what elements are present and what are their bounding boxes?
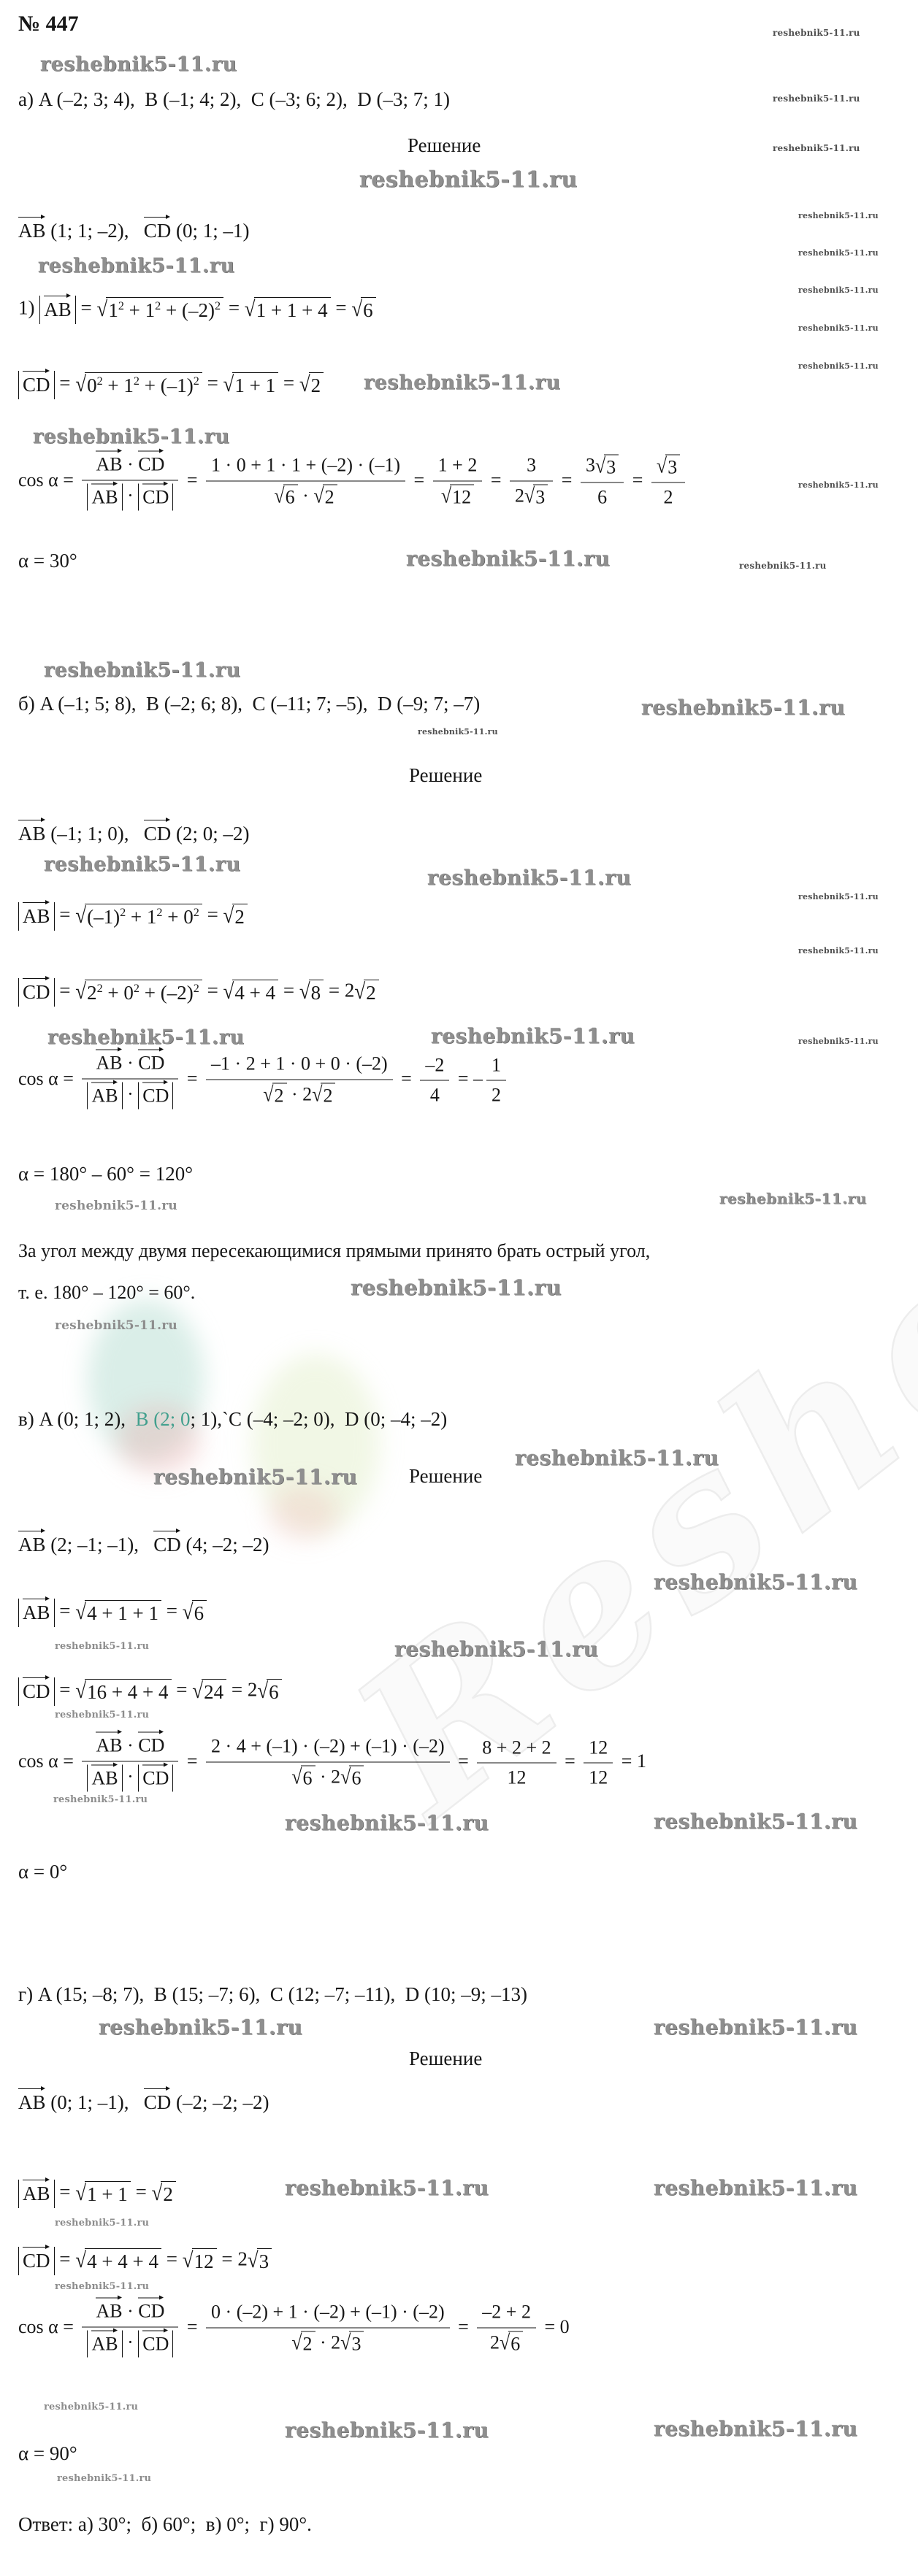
sqrt-expression: √22 + 02 + (–2)2	[75, 980, 202, 1006]
watermark-bold: reshebnik5-11.ru	[153, 1464, 357, 1490]
radical-sign: √	[291, 1764, 302, 1791]
length-ab-b: AB = √(–1)2 + 12 + 02 = √2	[18, 902, 248, 931]
math-text: 0 · (–2) + 1 · (–2) + (–1) · (–2)	[211, 2302, 445, 2323]
fraction: –24	[420, 1053, 449, 1107]
sqrt-expression: √12	[183, 2248, 217, 2275]
math-text: ·	[123, 485, 139, 506]
radicand: 12	[192, 2248, 217, 2275]
watermark-bold: reshebnik5-11.ru	[641, 695, 845, 720]
math-text: = 2	[226, 1679, 257, 1701]
math-text: 1 + 1 + 4	[256, 299, 328, 321]
vector-label: CD	[23, 977, 50, 1002]
math-text: (2; –1; –1),	[46, 1534, 154, 1556]
fraction: AB · CDAB · CD	[82, 2300, 178, 2358]
fraction-denominator: √2 · 2√2	[206, 1079, 393, 1108]
radical-sign: √	[75, 901, 86, 929]
watermark-small: reshebnik5-11.ru	[773, 28, 860, 39]
math-text: 2	[275, 1085, 284, 1107]
math-text: (1; 1; –2),	[46, 220, 144, 242]
length-cd-g: CD = √4 + 4 + 4 = √12 = 2√3	[18, 2247, 272, 2275]
absolute-value: AB	[87, 483, 122, 511]
watermark-bold: reshebnik5-11.ru	[427, 865, 631, 891]
fraction-denominator: 2	[651, 482, 685, 510]
radical-sign: √	[192, 1677, 203, 1704]
fraction-numerator: 1 · 0 + 1 · 1 + (–2) · (–1)	[206, 454, 405, 481]
vector-label: CD	[142, 2329, 169, 2353]
absolute-value: AB	[18, 902, 55, 931]
radical-sign: √	[97, 295, 108, 323]
fraction-denominator: √2 · 2√3	[206, 2327, 450, 2356]
radical-sign: √	[354, 977, 365, 1005]
math-text: + (–2)	[139, 982, 194, 1004]
radicand: 16 + 4 + 4	[85, 1679, 171, 1705]
sqrt-expression: √6	[183, 1600, 207, 1626]
sqrt-expression: √2	[354, 980, 378, 1006]
radical-sign: √	[223, 901, 234, 929]
math-text: =	[202, 904, 223, 926]
radicand: 2	[323, 485, 337, 510]
math-text: 12	[507, 1767, 526, 1788]
absolute-value: CD	[138, 483, 173, 511]
absolute-value: CD	[18, 1677, 55, 1706]
vectors-a: AB (1; 1; –2), CD (0; 1; –1)	[18, 219, 250, 244]
math-text: 3	[535, 487, 545, 508]
fraction: –2 + 22√6	[477, 2301, 536, 2357]
math-text: 3	[586, 455, 595, 476]
absolute-value: CD	[18, 371, 55, 399]
vector-label: AB	[91, 2329, 118, 2353]
math-text: cos α =	[18, 469, 78, 491]
math-text: ·	[123, 1083, 139, 1104]
math-text: =	[278, 980, 299, 1001]
watermark-bold: reshebnik5-11.ru	[654, 2175, 857, 2201]
fraction-numerator: –1 · 2 + 1 · 0 + 0 · (–2)	[206, 1053, 393, 1080]
vector-label: CD	[144, 2088, 172, 2112]
cos-alpha-b: cos α = AB · CDAB · CD = –1 · 2 + 1 · 0 …	[18, 1052, 510, 1110]
watermark-small: reshebnik5-11.ru	[798, 285, 879, 296]
radical-sign: √	[351, 295, 362, 323]
math-text: cos α =	[18, 1750, 78, 1772]
fraction-numerator: –2 + 2	[477, 2301, 536, 2328]
math-text: 12	[589, 1767, 608, 1788]
math-text: 2	[303, 2334, 313, 2355]
fraction: –1 · 2 + 1 · 0 + 0 · (–2)√2 · 2√2	[206, 1053, 393, 1109]
math-text: 1 + 2	[438, 455, 478, 476]
vector-label: AB	[44, 295, 72, 320]
sqrt-expression: √2	[152, 2181, 176, 2207]
math-text: 2	[325, 487, 334, 508]
math-text: ·	[123, 2331, 139, 2353]
math-text: =	[55, 372, 76, 394]
radicand: 12	[450, 485, 474, 510]
math-text: =	[202, 980, 223, 1001]
vector-label: CD	[153, 1530, 181, 1555]
superscript: 2	[194, 906, 199, 919]
watermark-small-bold: reshebnik5-11.ru	[55, 1318, 177, 1334]
radical-sign: √	[248, 2246, 259, 2274]
sqrt-expression: √3	[657, 454, 680, 480]
math-text: 4	[430, 1085, 440, 1106]
radicand: 24	[202, 1679, 226, 1705]
watermark-bold: reshebnik5-11.ru	[44, 658, 241, 683]
vector-label: AB	[91, 1764, 118, 1788]
fraction-numerator: AB · CD	[82, 1052, 178, 1079]
math-text: (0; 1; –1)	[171, 220, 249, 242]
math-text: 1 · 0 + 1 · 1 + (–2) · (–1)	[211, 455, 400, 476]
radicand: 6	[301, 1766, 315, 1791]
vector-label: AB	[91, 1081, 118, 1105]
math-text: =	[560, 1750, 581, 1772]
watermark-small: reshebnik5-11.ru	[798, 211, 879, 221]
math-text: 6	[597, 487, 607, 508]
radicand: 3	[257, 2248, 272, 2275]
math-text: =	[55, 1679, 76, 1701]
vector-label: CD	[23, 2246, 50, 2271]
math-text: 6	[286, 487, 295, 508]
vector-label: CD	[142, 1764, 169, 1788]
math-text: 2	[234, 906, 245, 928]
watermark-bold: reshebnik5-11.ru	[285, 1810, 489, 1836]
radical-sign: √	[223, 370, 234, 398]
watermark-small: reshebnik5-11.ru	[739, 561, 827, 572]
absolute-value: CD	[138, 1082, 173, 1110]
radicand: 8	[309, 980, 324, 1006]
math-text: =	[278, 372, 299, 394]
sqrt-expression: √02 + 12 + (–1)2	[75, 372, 202, 399]
math-text: 4 + 1 + 1	[87, 1602, 158, 1624]
radical-sign: √	[340, 1764, 351, 1791]
vector-label: AB	[18, 216, 46, 241]
watermark-small: reshebnik5-11.ru	[773, 143, 860, 154]
math-text: =	[454, 2316, 474, 2337]
page: Resheba№ 447reshebnik5-11.ruа) A (–2; 3;…	[0, 0, 918, 2576]
absolute-value: AB	[87, 1082, 122, 1110]
absolute-value: AB	[39, 296, 76, 324]
fraction-denominator: √12	[433, 480, 483, 510]
radical-sign: √	[500, 2330, 510, 2356]
absolute-value: CD	[138, 1764, 173, 1792]
radical-sign: √	[75, 2246, 86, 2274]
watermark-bold: reshebnik5-11.ru	[719, 1190, 867, 1208]
watermark-bold: reshebnik5-11.ru	[40, 53, 237, 77]
radicand: 1 + 1 + 4	[254, 297, 331, 323]
watermark-bold: reshebnik5-11.ru	[431, 1023, 635, 1049]
math-text: –2	[425, 1054, 444, 1075]
math-text: ·	[123, 454, 139, 475]
radicand: 6	[267, 1679, 282, 1705]
watermark-small: reshebnik5-11.ru	[798, 1037, 879, 1047]
sqrt-expression: √1 + 1	[223, 372, 279, 399]
radicand: 3	[665, 454, 680, 480]
solution-heading-b: Решение	[409, 764, 482, 788]
absolute-value: AB	[18, 1599, 55, 1627]
solution-heading-a: Решение	[408, 134, 481, 158]
sqrt-expression: √2	[291, 2331, 315, 2357]
watermark-small: reshebnik5-11.ru	[418, 727, 498, 737]
superscript: 2	[118, 299, 124, 312]
math-text: 4 + 4 + 4	[87, 2250, 158, 2272]
math-text: =	[182, 1068, 202, 1089]
fraction-numerator: AB · CD	[82, 2300, 178, 2327]
radicand: 2	[321, 1083, 335, 1109]
fraction: 2 · 4 + (–1) · (–2) + (–1) · (–2)√6 · 2√…	[206, 1735, 450, 1791]
math-text: =	[76, 297, 97, 319]
math-text: 6	[194, 1602, 204, 1624]
math-text: =	[454, 1750, 474, 1772]
vector-label: CD	[138, 450, 164, 474]
superscript: 2	[97, 982, 103, 995]
math-text: = 0	[540, 2316, 570, 2337]
math-text: 2	[163, 2183, 173, 2205]
math-text: в) A (0; 1; 2),	[18, 1408, 135, 1430]
fraction-numerator: 0 · (–2) + 1 · (–2) + (–1) · (–2)	[206, 2301, 450, 2328]
math-text: =	[131, 2181, 152, 2203]
math-text: 1 + 1	[234, 374, 275, 396]
math-text: =	[55, 2181, 76, 2203]
fraction: 1 · 0 + 1 · 1 + (–2) · (–1)√6 · √2	[206, 454, 405, 510]
fraction-numerator: 12	[584, 1736, 613, 1763]
watermark-bold: reshebnik5-11.ru	[47, 1026, 245, 1050]
vector-label: CD	[142, 482, 169, 507]
length-cd-v: CD = √16 + 4 + 4 = √24 = 2√6	[18, 1677, 282, 1706]
math-text: 2	[311, 374, 321, 396]
watermark-bold: reshebnik5-11.ru	[99, 2015, 302, 2040]
radicand: 6	[361, 297, 376, 323]
math-text: (2; 0; –2)	[171, 823, 249, 845]
watermark-small: reshebnik5-11.ru	[798, 480, 879, 491]
radical-sign: √	[312, 1082, 322, 1108]
sqrt-expression: √4 + 1 + 1	[75, 1600, 161, 1626]
alpha-result-a: α = 30°	[18, 549, 77, 574]
math-text: 12	[194, 2250, 214, 2272]
fraction-denominator: AB · CD	[82, 1761, 178, 1792]
fraction: 32√3	[510, 454, 553, 510]
radicand: 4 + 4	[232, 980, 278, 1006]
math-text: 2	[87, 982, 97, 1004]
length-ab-a: 1) AB = √12 + 12 + (–2)2 = √1 + 1 + 4 = …	[18, 296, 376, 324]
watermark-small-bold: reshebnik5-11.ru	[55, 2218, 149, 2229]
math-text: 1 + 1	[87, 2183, 128, 2205]
fraction: 8 + 2 + 212	[477, 1736, 556, 1790]
math-text: = –	[453, 1068, 483, 1089]
radical-sign: √	[291, 2330, 302, 2356]
vector-label: CD	[142, 1081, 169, 1105]
vectors-v: AB (2; –1; –1), CD (4; –2; –2)	[18, 1533, 269, 1558]
math-text: 3	[668, 456, 677, 477]
sqrt-expression: √4 + 4 + 4	[75, 2248, 161, 2275]
radicand: 2	[301, 2331, 315, 2357]
vector-label: CD	[138, 1049, 164, 1073]
radical-sign: √	[223, 977, 234, 1005]
watermark-bold: reshebnik5-11.ru	[515, 1445, 719, 1471]
watermark-bold: reshebnik5-11.ru	[38, 254, 235, 279]
math-text: 2	[491, 1085, 501, 1106]
math-text: =	[182, 1750, 202, 1772]
problem-number: № 447	[18, 10, 79, 38]
cos-alpha-v: cos α = AB · CDAB · CD = 2 · 4 + (–1) · …	[18, 1734, 646, 1792]
radicand: 2	[161, 2181, 176, 2207]
math-text: –2 + 2	[482, 2302, 531, 2323]
fraction-denominator: AB · CD	[82, 480, 178, 511]
fraction-numerator: AB · CD	[82, 1734, 178, 1761]
cos-alpha-g: cos α = AB · CDAB · CD = 0 · (–2) + 1 · …	[18, 2300, 570, 2358]
fraction-denominator: 2√3	[510, 480, 553, 510]
math-text: + 1	[124, 299, 155, 321]
superscript: 2	[134, 374, 139, 388]
vector-label: AB	[96, 2297, 122, 2321]
math-text: ·	[123, 1735, 139, 1756]
watermark-small: reshebnik5-11.ru	[798, 361, 879, 372]
watermark-small-bold: reshebnik5-11.ru	[44, 2402, 138, 2413]
fraction: AB · CDAB · CD	[82, 1734, 178, 1792]
math-text: =	[556, 469, 577, 491]
math-text: α = 90°	[18, 2442, 77, 2464]
sqrt-expression: √(–1)2 + 12 + 02	[75, 904, 202, 930]
math-text: B (2; 0	[135, 1408, 190, 1430]
fraction-numerator: AB · CD	[82, 453, 178, 480]
length-cd-a: CD = √02 + 12 + (–1)2 = √1 + 1 = √2	[18, 371, 324, 399]
math-text: 3	[259, 2250, 269, 2272]
vectors-g: AB (0; 1; –1), CD (–2; –2; –2)	[18, 2091, 269, 2115]
radicand: 6	[349, 1766, 364, 1791]
math-text: cos α =	[18, 1068, 78, 1089]
sqrt-expression: √8	[299, 980, 324, 1006]
radical-sign: √	[75, 2179, 86, 2207]
radical-sign: √	[183, 2246, 194, 2274]
math-text: =	[486, 469, 506, 491]
math-text: =	[182, 2316, 202, 2337]
radicand: 3	[349, 2331, 364, 2357]
sqrt-expression: √2	[299, 372, 324, 399]
solution-heading-v: Решение	[409, 1464, 482, 1489]
fraction-denominator: 12	[584, 1763, 613, 1791]
math-text: (–1; 1; 0),	[46, 823, 144, 845]
sqrt-expression: √6	[257, 1679, 281, 1705]
sqrt-expression: √6	[291, 1766, 315, 1791]
math-text: =	[161, 2248, 183, 2270]
radical-sign: √	[340, 2330, 351, 2356]
fraction-numerator: –2	[420, 1053, 449, 1080]
radicand: 1 + 1	[232, 372, 278, 399]
radicand: 4 + 1 + 1	[85, 1600, 161, 1626]
math-text: + (–2)	[161, 299, 215, 321]
radicand: 1 + 1	[85, 2181, 131, 2207]
math-text: =	[409, 469, 429, 491]
math-text: = 1	[616, 1750, 646, 1772]
fraction-numerator: 8 + 2 + 2	[477, 1736, 556, 1763]
math-text: =	[182, 469, 202, 491]
math-text: 2 · 4 + (–1) · (–2) + (–1) · (–2)	[211, 1736, 445, 1757]
fraction-numerator: √3	[651, 454, 685, 482]
watermark-bold: reshebnik5-11.ru	[406, 546, 610, 572]
alpha-result-b: α = 180° – 60° = 120°	[18, 1162, 193, 1187]
math-text: · 2	[315, 2331, 341, 2353]
math-text: ; 1),`C (–4; –2; 0), D (0; –4; –2)	[191, 1408, 448, 1430]
vector-label: CD	[144, 216, 172, 241]
cos-alpha-a: cos α = AB · CDAB · CD = 1 · 0 + 1 · 1 +…	[18, 453, 689, 511]
sqrt-expression: √6	[274, 485, 297, 510]
math-text: 2	[490, 2331, 500, 2353]
math-text: =	[397, 1068, 417, 1089]
math-text: 2	[366, 982, 376, 1004]
superscript: 2	[194, 374, 199, 388]
fraction: 3√36	[581, 454, 624, 510]
watermark-bold: reshebnik5-11.ru	[285, 2418, 489, 2443]
fraction: AB · CDAB · CD	[82, 1052, 178, 1110]
superscript: 2	[215, 299, 221, 312]
math-text: ·	[123, 1053, 139, 1074]
fraction-numerator: 3√3	[581, 454, 624, 482]
fraction-denominator: 4	[420, 1080, 449, 1108]
fraction-denominator: AB · CD	[82, 2326, 178, 2358]
fraction-denominator: 12	[477, 1763, 556, 1791]
watermark-small-bold: reshebnik5-11.ru	[53, 1794, 148, 1806]
math-text: α = 30°	[18, 550, 77, 572]
fraction-numerator: 1 + 2	[433, 454, 483, 481]
math-text: 16 + 4 + 4	[87, 1681, 168, 1703]
sqrt-expression: √4 + 4	[223, 980, 279, 1006]
radical-sign: √	[299, 370, 310, 398]
math-text: (–1)	[87, 906, 120, 928]
note-line-2: т. е. 180° – 120° = 60°.	[18, 1281, 195, 1305]
math-text: =	[55, 904, 76, 926]
vector-label: AB	[18, 819, 46, 844]
radicand: 12 + 12 + (–2)2	[106, 297, 223, 323]
math-text: =	[627, 469, 648, 491]
absolute-value: AB	[87, 2330, 122, 2358]
vector-label: AB	[96, 1731, 122, 1756]
watermark-small: reshebnik5-11.ru	[773, 93, 860, 104]
math-text: 2	[515, 485, 524, 506]
sqrt-expression: √3	[340, 2331, 364, 2357]
watermark-small-bold: reshebnik5-11.ru	[57, 2473, 151, 2485]
watermark-bold: reshebnik5-11.ru	[351, 1274, 562, 1301]
vector-label: AB	[23, 2179, 50, 2204]
vector-label: CD	[23, 370, 50, 395]
math-text: 12	[589, 1737, 608, 1758]
vector-label: AB	[91, 482, 118, 507]
watermark-small-bold: reshebnik5-11.ru	[55, 2281, 149, 2293]
watermark-bold: reshebnik5-11.ru	[654, 2015, 857, 2040]
math-text: 1)	[18, 297, 39, 319]
watermark-small-bold: reshebnik5-11.ru	[55, 1199, 177, 1214]
fraction-denominator: √6 · 2√6	[206, 1761, 450, 1791]
sqrt-expression: √2	[223, 904, 248, 930]
absolute-value: AB	[18, 2180, 55, 2208]
math-text: (0; 1; –1),	[46, 2091, 144, 2113]
sqrt-expression: √3	[595, 454, 619, 480]
math-text: =	[55, 980, 76, 1001]
math-text: + 1	[103, 374, 134, 396]
math-text: а) A (–2; 3; 4), B (–1; 4; 2), C (–3; 6;…	[18, 88, 450, 110]
radicand: 3	[604, 454, 619, 480]
radicand: 6	[192, 1600, 207, 1626]
vector-label: AB	[96, 450, 122, 474]
math-text: + (–1)	[139, 374, 194, 396]
radical-sign: √	[274, 483, 284, 510]
math-text: cos α =	[18, 2316, 78, 2337]
math-text: 8	[311, 982, 321, 1004]
watermark-small-bold: reshebnik5-11.ru	[55, 1641, 149, 1653]
fraction-numerator: 1	[486, 1053, 506, 1080]
radical-sign: √	[257, 1677, 268, 1704]
math-text: =	[223, 297, 245, 319]
math-text: = 2	[217, 2248, 248, 2270]
sqrt-expression: √3	[248, 2248, 272, 2275]
math-text: 12	[452, 487, 471, 508]
math-text: 6	[269, 1681, 279, 1703]
radicand: 2	[232, 904, 248, 930]
